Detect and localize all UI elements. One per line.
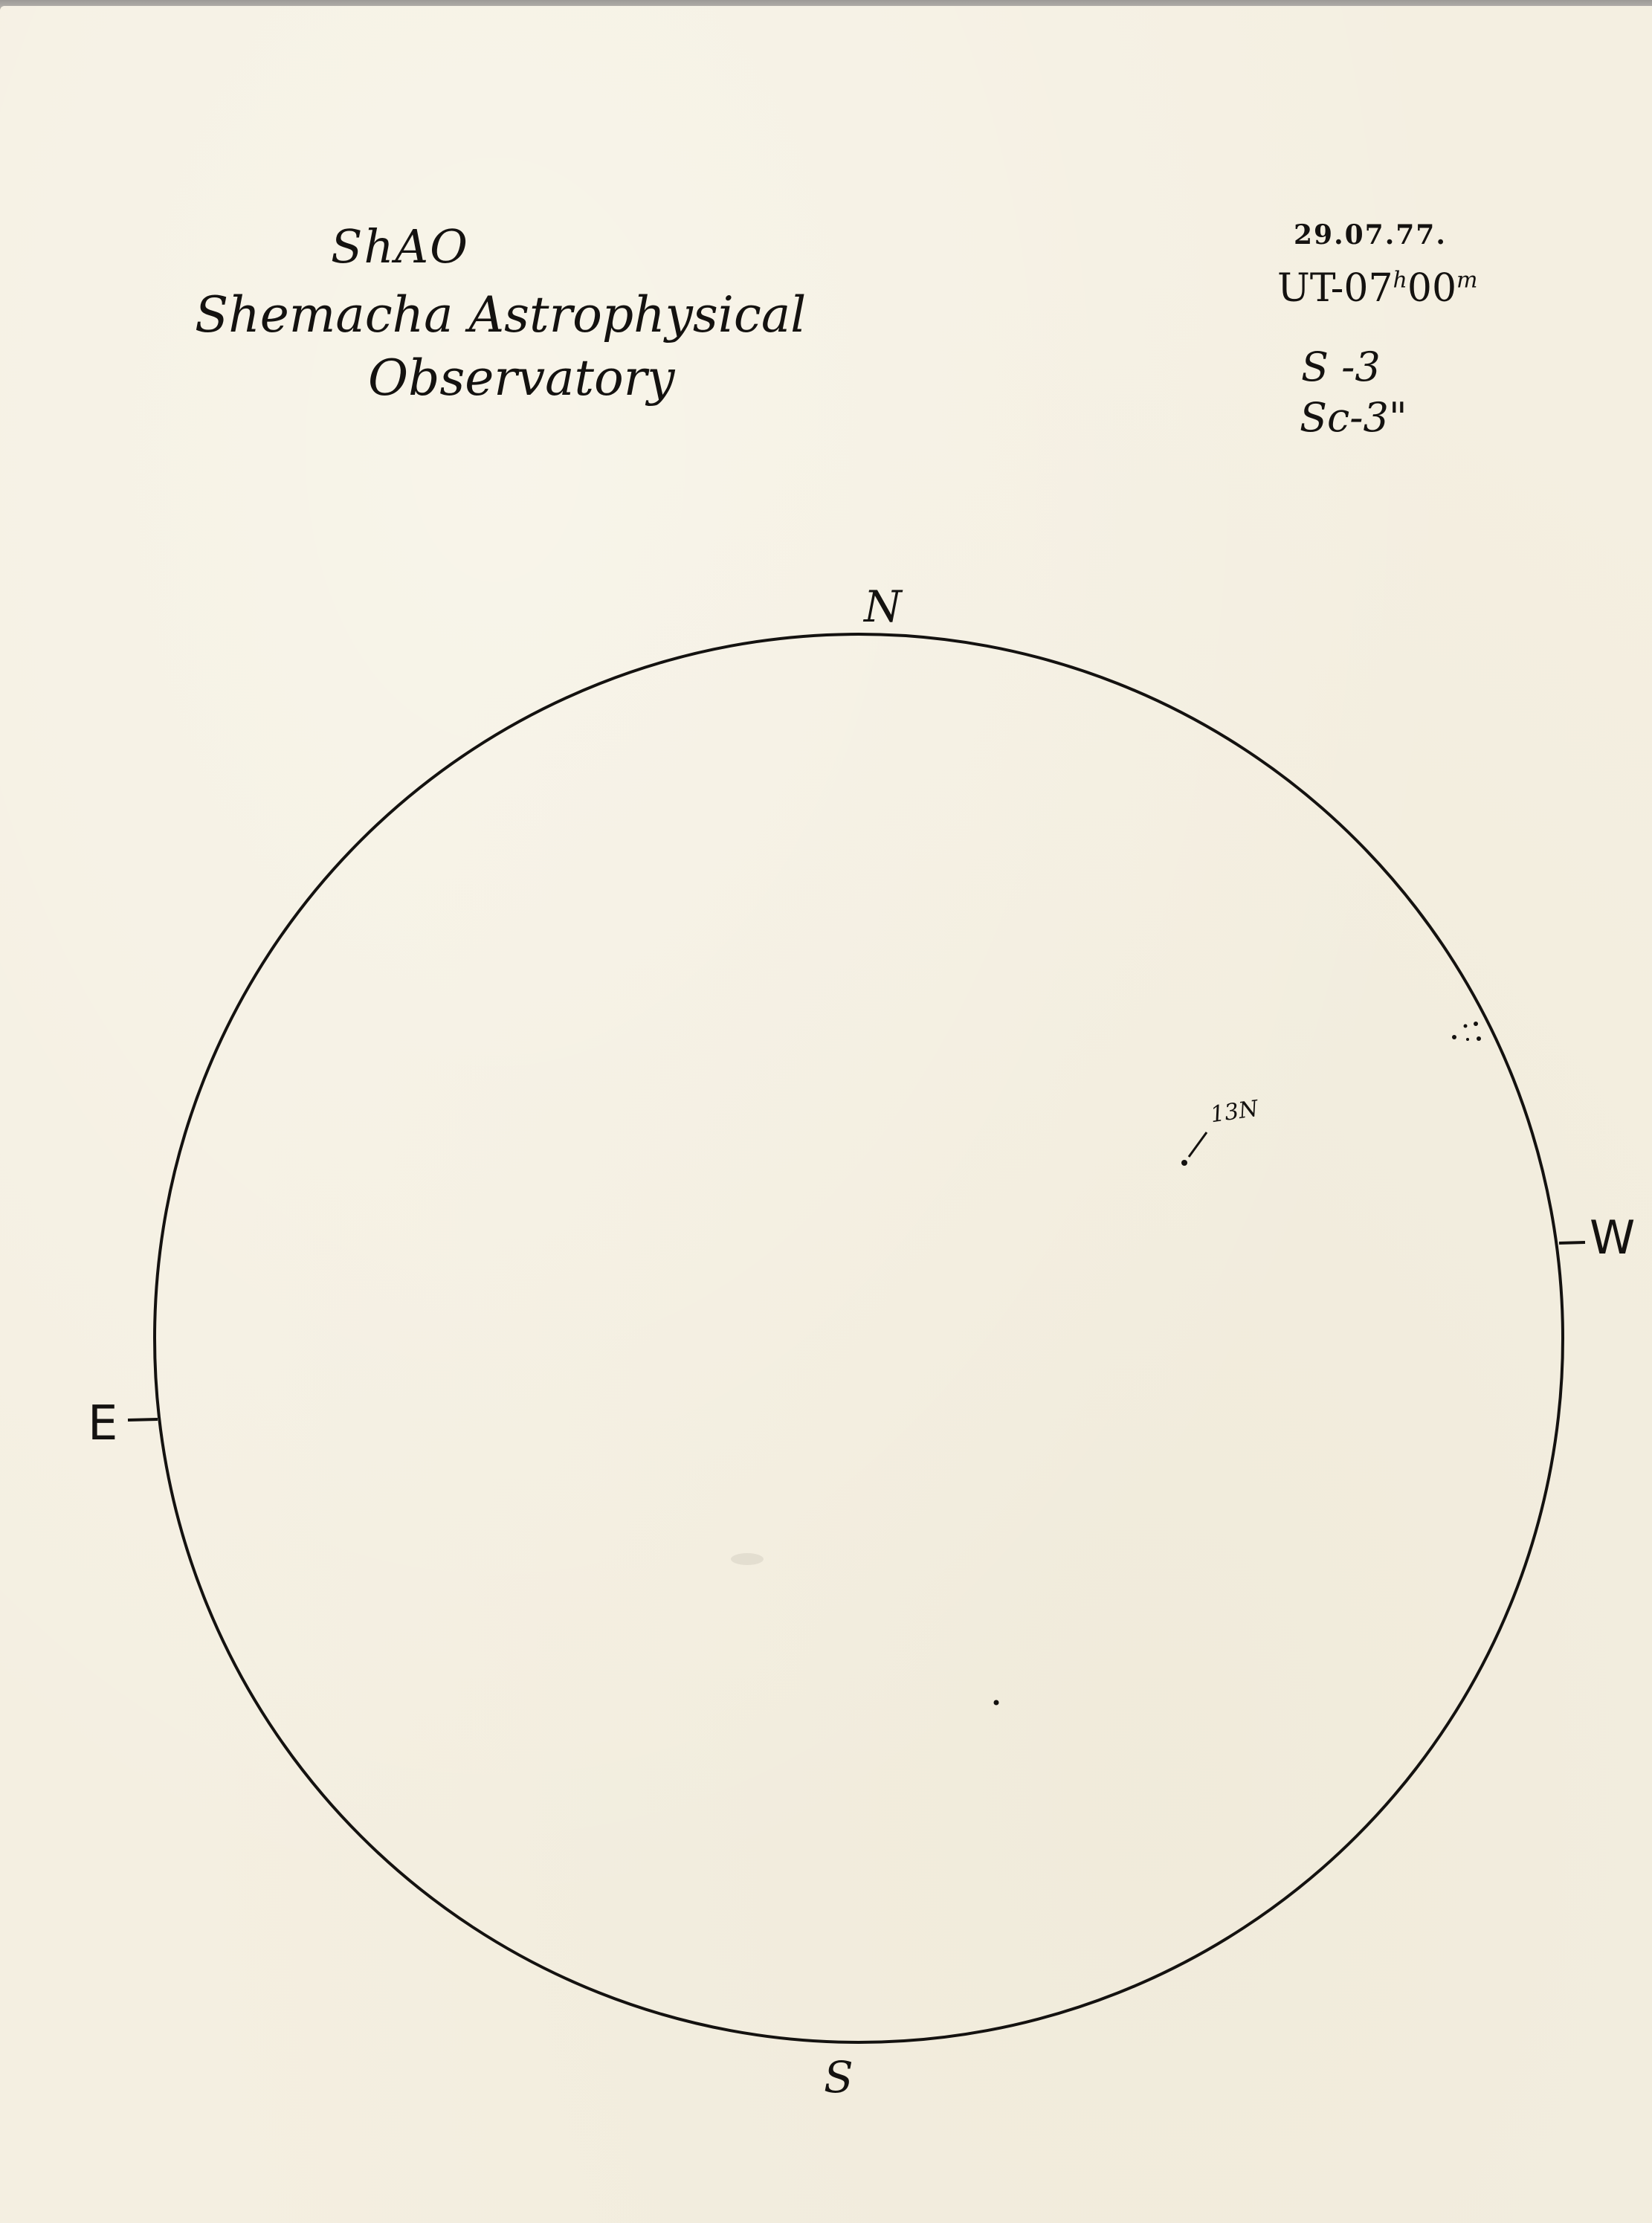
direction-north-label: N (864, 581, 902, 632)
sunspot-13n-leader (1189, 1132, 1207, 1157)
spot-cluster-dot (1452, 1035, 1456, 1039)
spot-cluster-dot (1474, 1022, 1478, 1026)
solar-disk-outline (155, 634, 1563, 2042)
sunspot-13n (1181, 1160, 1187, 1166)
spot-cluster-dot (1477, 1036, 1481, 1041)
east-tick (128, 1419, 158, 1420)
ink-mark (994, 1700, 999, 1706)
west-tick (1559, 1242, 1585, 1243)
solar-disk-drawing (0, 0, 1652, 2223)
paper-smudge (731, 1553, 764, 1565)
spot-cluster-dot (1466, 1038, 1469, 1041)
direction-west-label: W (1590, 1210, 1635, 1265)
direction-south-label: S (824, 2052, 854, 2103)
spot-cluster-dot (1464, 1025, 1468, 1028)
direction-east-label: E (88, 1396, 117, 1451)
